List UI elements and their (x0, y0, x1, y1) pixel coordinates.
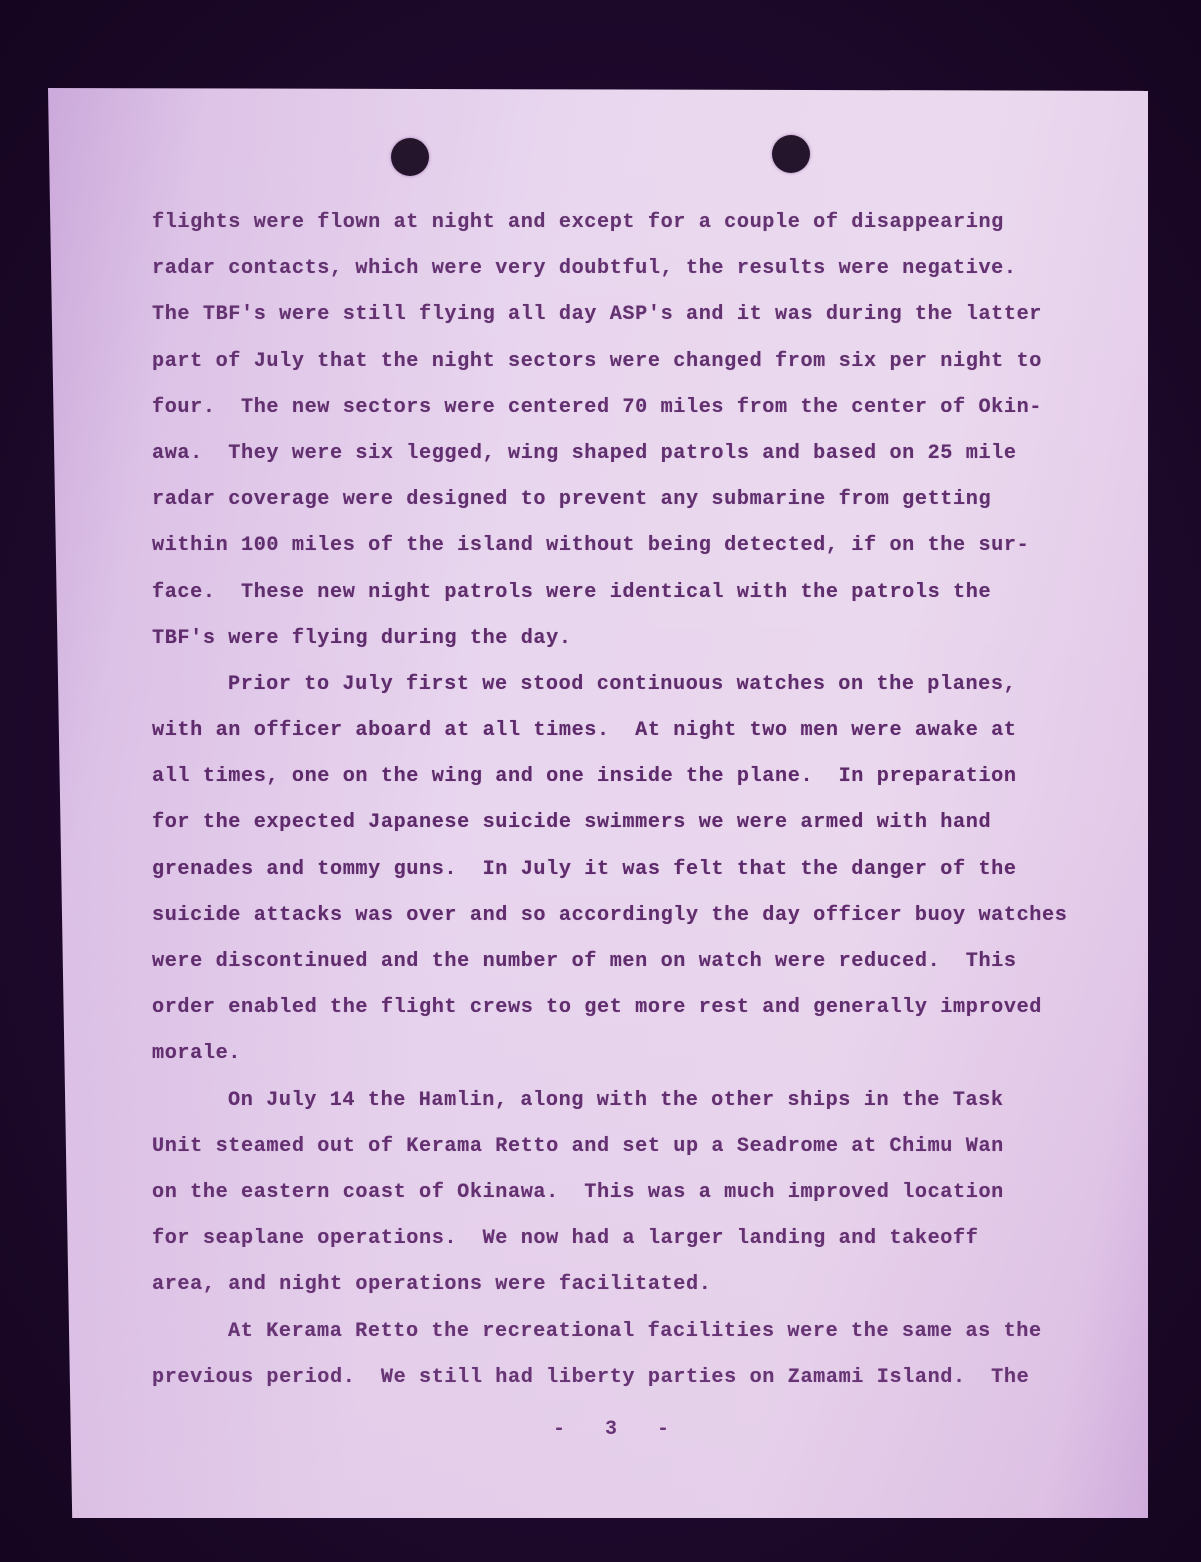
text-line: At Kerama Retto the recreational facilit… (152, 1309, 1152, 1355)
document-page: flights were flown at night and except f… (48, 88, 1148, 1518)
text-line: Unit steamed out of Kerama Retto and set… (152, 1124, 1152, 1170)
text-line: flights were flown at night and except f… (152, 200, 1152, 246)
text-line: grenades and tommy guns. In July it was … (152, 847, 1152, 893)
text-line: Prior to July first we stood continuous … (152, 662, 1152, 708)
punch-hole-right (772, 135, 810, 173)
text-line: all times, one on the wing and one insid… (152, 754, 1152, 800)
text-line: TBF's were flying during the day. (152, 616, 1152, 662)
text-line: previous period. We still had liberty pa… (152, 1355, 1152, 1401)
text-line: on the eastern coast of Okinawa. This wa… (152, 1170, 1152, 1216)
text-line: awa. They were six legged, wing shaped p… (152, 431, 1152, 477)
text-line: morale. (152, 1031, 1152, 1077)
text-line: four. The new sectors were centered 70 m… (152, 385, 1152, 431)
text-line: area, and night operations were facilita… (152, 1262, 1152, 1308)
text-line: with an officer aboard at all times. At … (152, 708, 1152, 754)
text-line: were discontinued and the number of men … (152, 939, 1152, 985)
paragraph: flights were flown at night and except f… (152, 200, 1152, 662)
text-line: for seaplane operations. We now had a la… (152, 1216, 1152, 1262)
typewritten-body: flights were flown at night and except f… (152, 200, 1152, 1401)
text-line: radar coverage were designed to prevent … (152, 477, 1152, 523)
text-line: face. These new night patrols were ident… (152, 570, 1152, 616)
page-number: - 3 - (48, 1418, 1148, 1441)
text-line: The TBF's were still flying all day ASP'… (152, 292, 1152, 338)
text-line: part of July that the night sectors were… (152, 339, 1152, 385)
paragraph: Prior to July first we stood continuous … (152, 662, 1152, 1078)
text-line: order enabled the flight crews to get mo… (152, 985, 1152, 1031)
paragraph: At Kerama Retto the recreational facilit… (152, 1309, 1152, 1401)
text-line: radar contacts, which were very doubtful… (152, 246, 1152, 292)
punch-hole-left (391, 138, 429, 176)
text-line: suicide attacks was over and so accordin… (152, 893, 1152, 939)
paragraph: On July 14 the Hamlin, along with the ot… (152, 1078, 1152, 1309)
text-line: within 100 miles of the island without b… (152, 523, 1152, 569)
text-line: On July 14 the Hamlin, along with the ot… (152, 1078, 1152, 1124)
text-line: for the expected Japanese suicide swimme… (152, 800, 1152, 846)
